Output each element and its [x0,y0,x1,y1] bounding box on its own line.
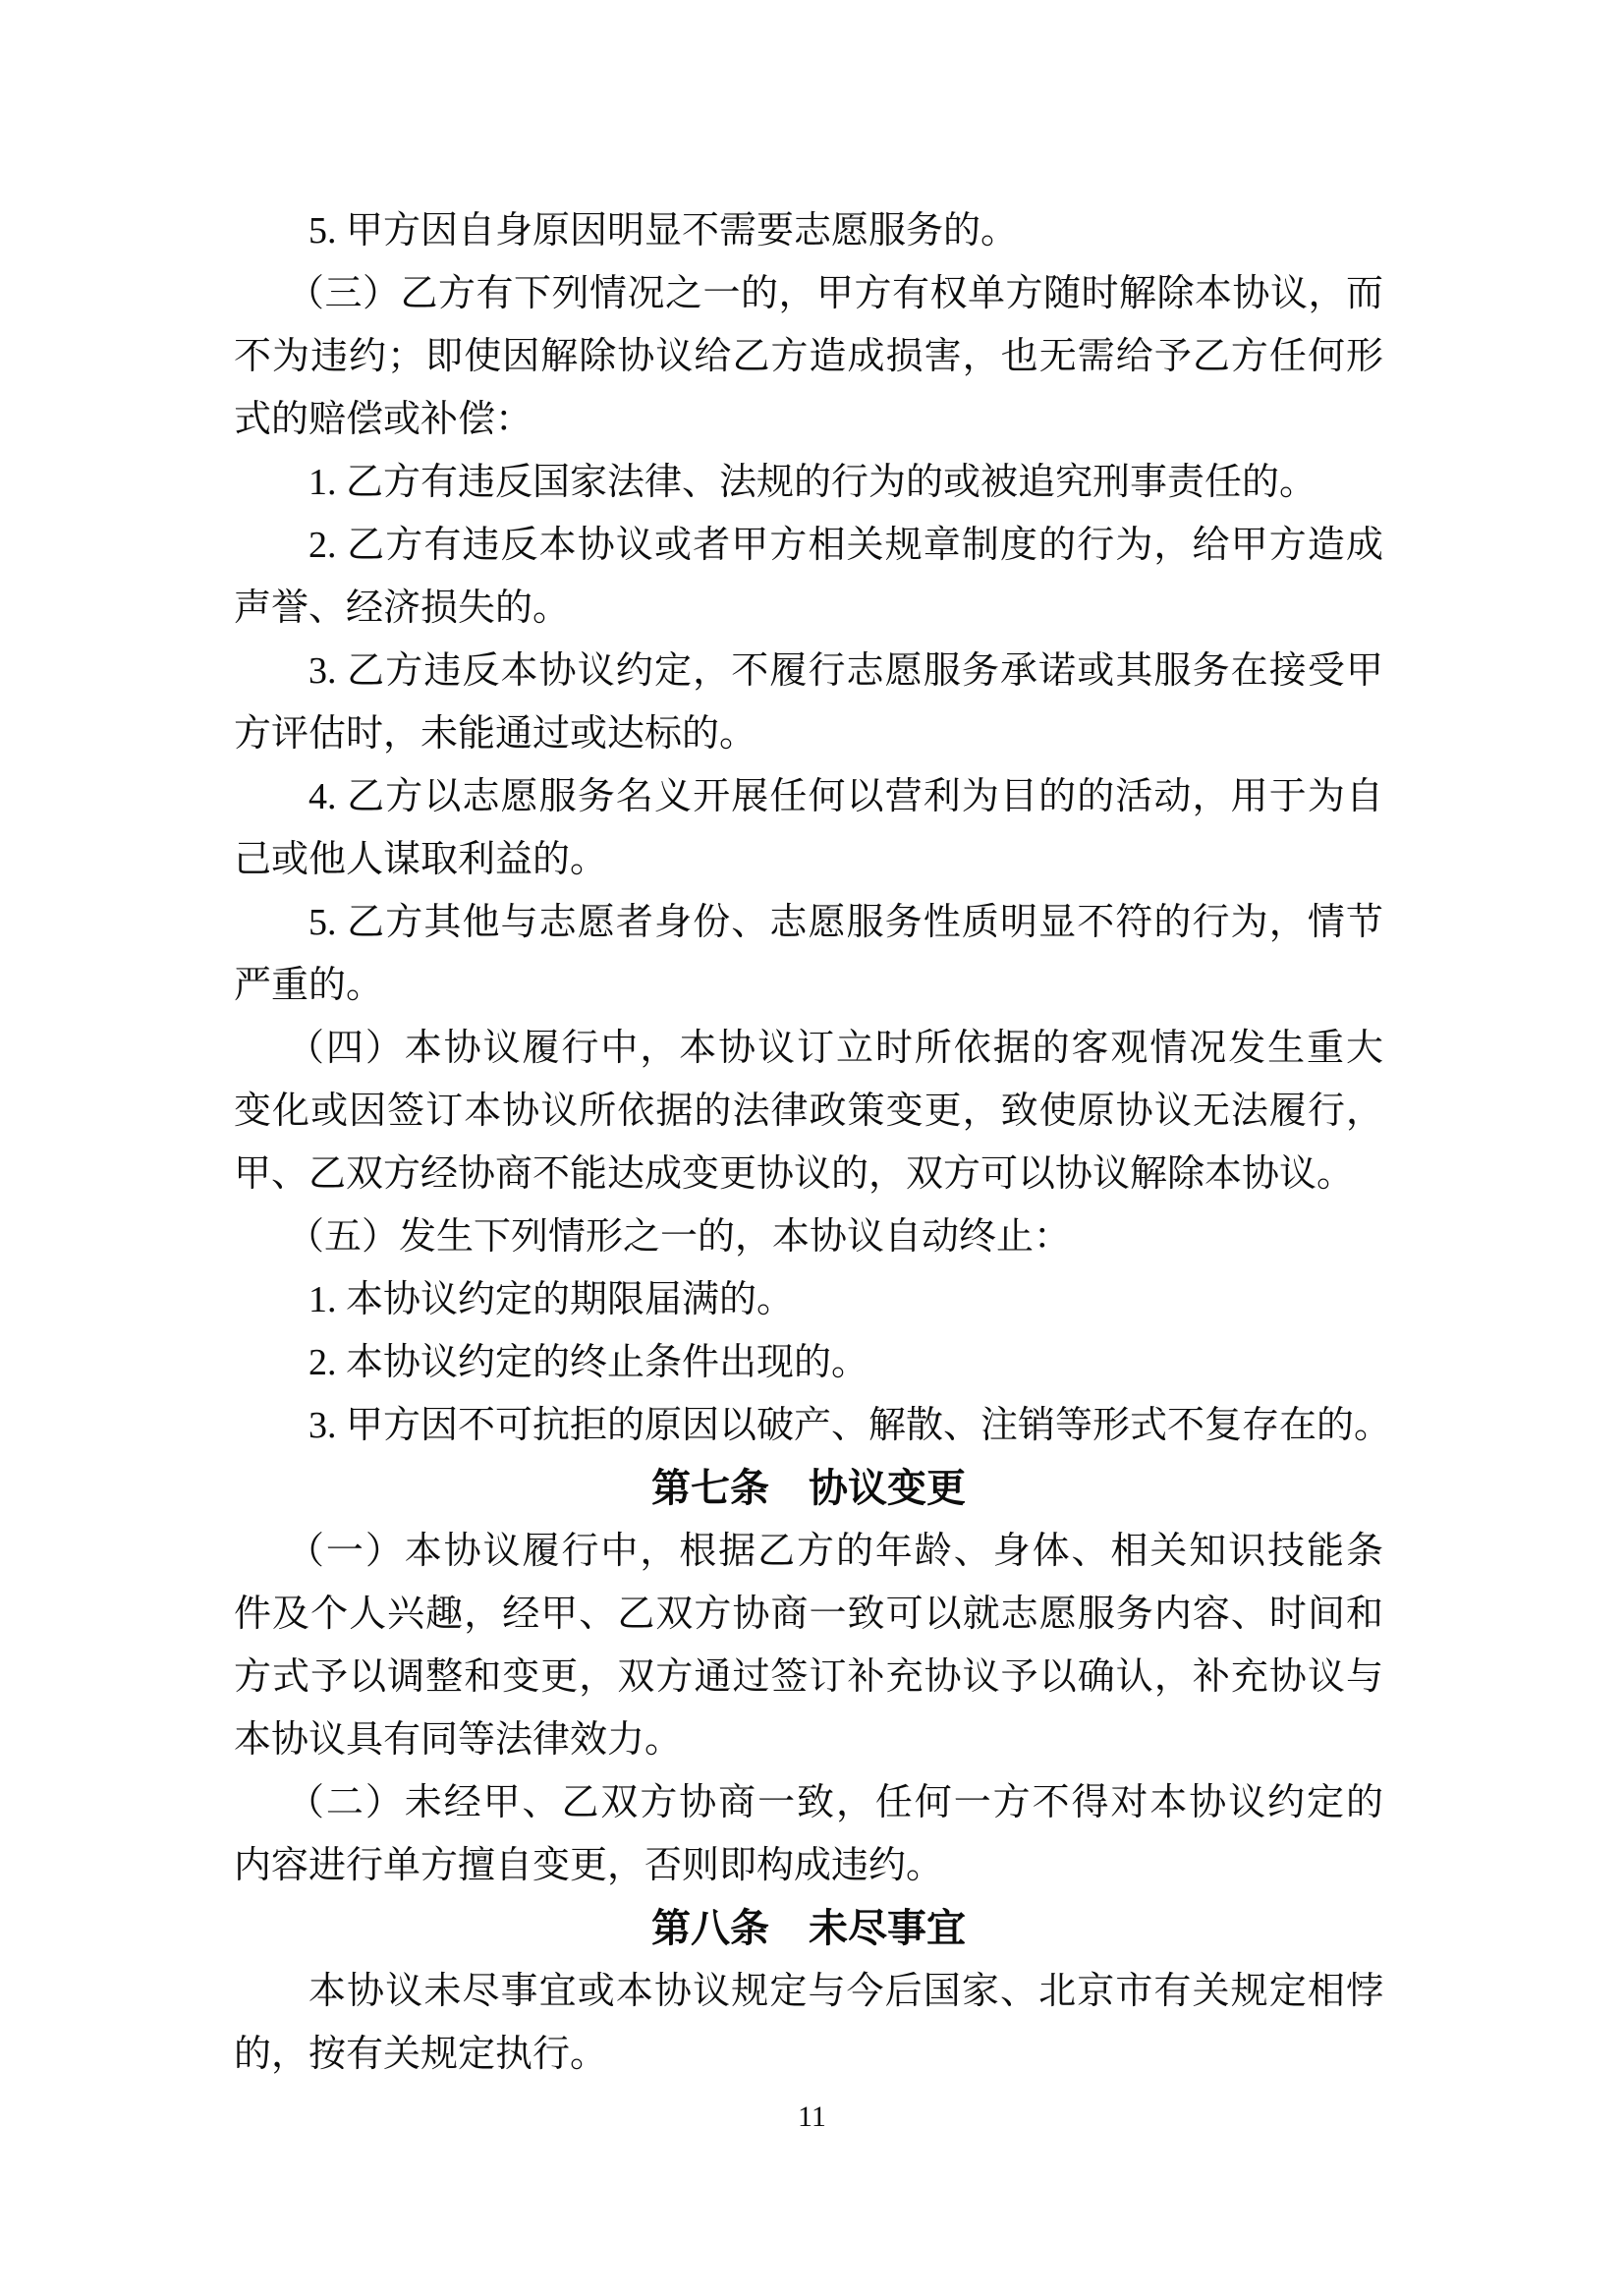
text-line: 的，按有关规定执行。 [234,2023,1383,2086]
text-line: （一）本协议履行中，根据乙方的年龄、身体、相关知识技能条 [234,1520,1383,1583]
text-line: （三）乙方有下列情况之一的，甲方有权单方随时解除本协议，而 [234,262,1383,325]
document-body: 5. 甲方因自身原因明显不需要志愿服务的。（三）乙方有下列情况之一的，甲方有权单… [234,199,1383,2086]
text-line: 5. 乙方其他与志愿者身份、志愿服务性质明显不符的行为，情节 [234,891,1383,954]
text-line: （二）未经甲、乙双方协商一致，任何一方不得对本协议约定的 [234,1771,1383,1834]
document-page: 5. 甲方因自身原因明显不需要志愿服务的。（三）乙方有下列情况之一的，甲方有权单… [0,0,1624,2296]
text-line: 4. 乙方以志愿服务名义开展任何以营利为目的的活动，用于为自 [234,765,1383,828]
text-line: 1. 乙方有违反国家法律、法规的行为的或被追究刑事责任的。 [234,451,1383,514]
text-line: （四）本协议履行中，本协议订立时所依据的客观情况发生重大 [234,1017,1383,1080]
text-line: 本协议具有同等法律效力。 [234,1708,1383,1771]
text-line: 5. 甲方因自身原因明显不需要志愿服务的。 [234,199,1383,262]
text-line: 3. 乙方违反本协议约定，不履行志愿服务承诺或其服务在接受甲 [234,640,1383,702]
text-line: （五）发生下列情形之一的，本协议自动终止： [234,1205,1383,1268]
text-line: 本协议未尽事宜或本协议规定与今后国家、北京市有关规定相悖 [234,1960,1383,2023]
section-heading: 第七条 协议变更 [234,1457,1383,1520]
text-line: 变化或因签订本协议所依据的法律政策变更，致使原协议无法履行， [234,1080,1383,1143]
text-line: 严重的。 [234,954,1383,1017]
section-heading: 第八条 未尽事宜 [234,1897,1383,1960]
text-line: 己或他人谋取利益的。 [234,828,1383,891]
text-line: 方式予以调整和变更，双方通过签订补充协议予以确认，补充协议与 [234,1646,1383,1708]
text-line: 声誉、经济损失的。 [234,577,1383,640]
text-line: 2. 本协议约定的终止条件出现的。 [234,1331,1383,1394]
text-line: 件及个人兴趣，经甲、乙双方协商一致可以就志愿服务内容、时间和 [234,1583,1383,1646]
text-line: 不为违约；即使因解除协议给乙方造成损害，也无需给予乙方任何形 [234,325,1383,388]
text-line: 式的赔偿或补偿： [234,388,1383,451]
text-line: 内容进行单方擅自变更，否则即构成违约。 [234,1834,1383,1897]
text-line: 3. 甲方因不可抗拒的原因以破产、解散、注销等形式不复存在的。 [234,1394,1383,1457]
text-line: 方评估时，未能通过或达标的。 [234,702,1383,765]
text-line: 2. 乙方有违反本协议或者甲方相关规章制度的行为，给甲方造成 [234,514,1383,577]
page-number: 11 [0,2099,1624,2136]
text-line: 1. 本协议约定的期限届满的。 [234,1268,1383,1331]
text-line: 甲、乙双方经协商不能达成变更协议的，双方可以协议解除本协议。 [234,1143,1383,1205]
